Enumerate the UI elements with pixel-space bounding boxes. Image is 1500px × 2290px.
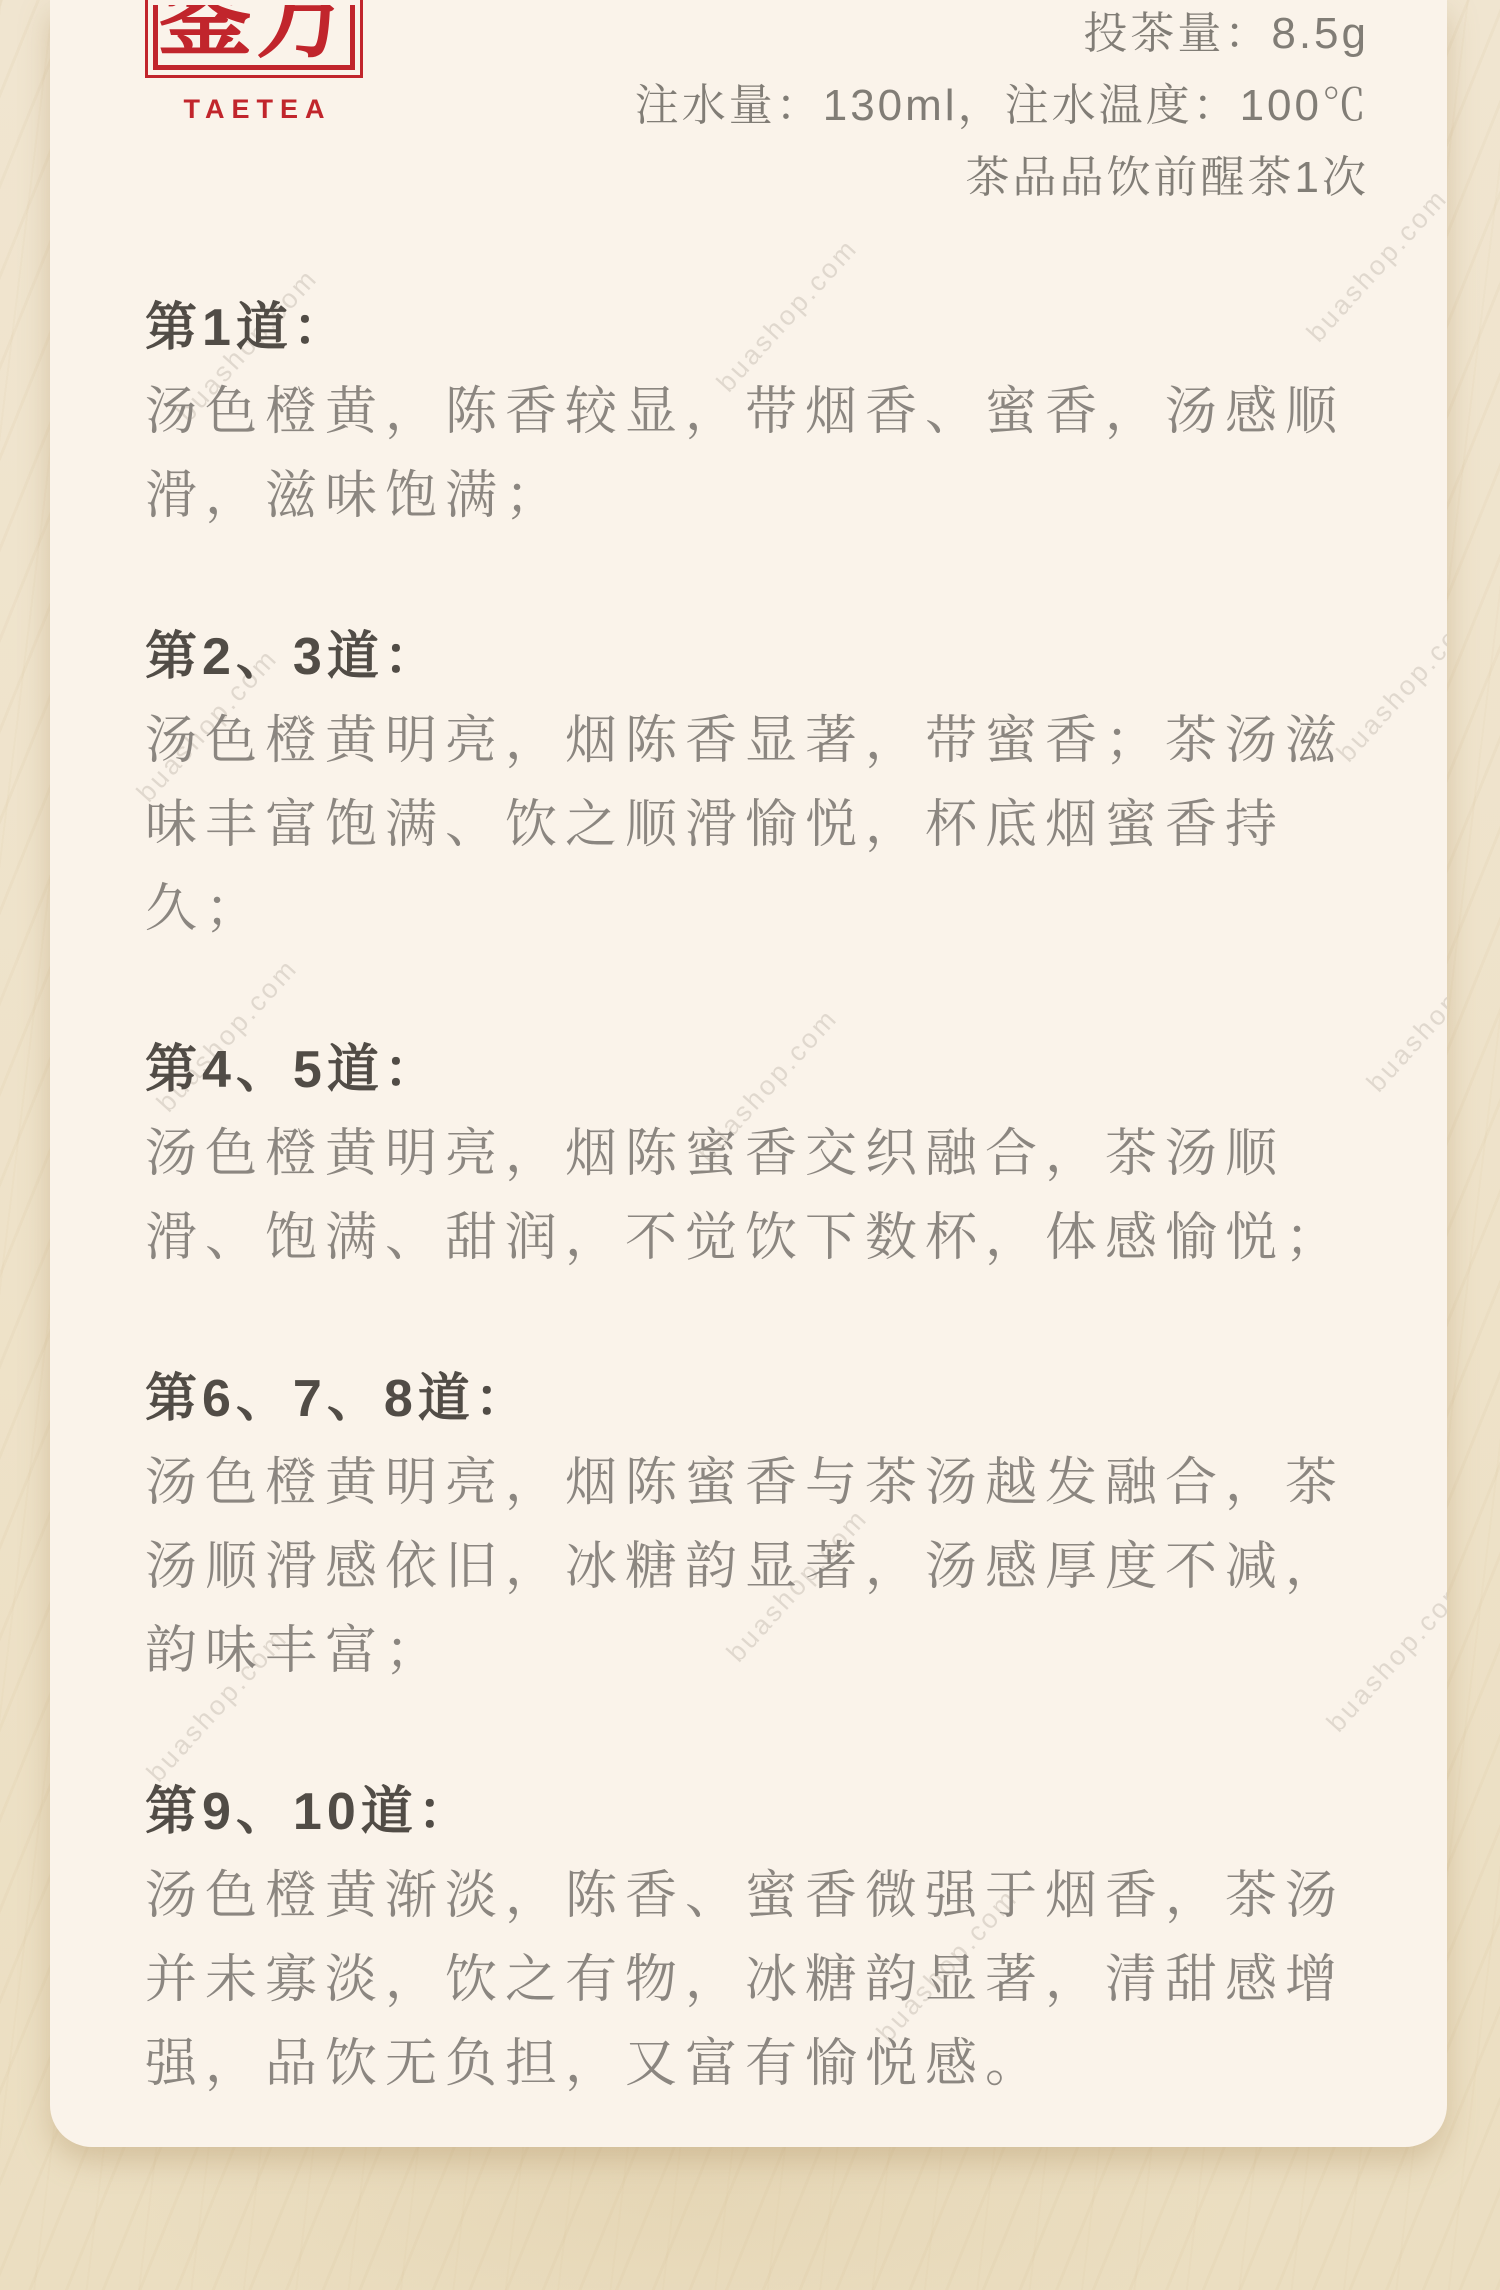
tasting-section-1: 第1道： 汤色橙黄，陈香较显，带烟香、蜜香，汤感顺滑，滋味饱满； [145, 286, 1369, 538]
tasting-section-4-5: 第4、5道： 汤色橙黄明亮，烟陈蜜香交织融合，茶汤顺滑、饱满、甜润，不觉饮下数杯… [145, 1028, 1369, 1280]
section-body: 汤色橙黄渐淡，陈香、蜜香微强于烟香，茶汤并未寡淡，饮之有物，冰糖韵显著，清甜感增… [145, 1854, 1369, 2106]
tasting-notes: 第1道： 汤色橙黄，陈香较显，带烟香、蜜香，汤感顺滑，滋味饱满； 第2、3道： … [145, 286, 1369, 2106]
section-body: 汤色橙黄明亮，烟陈蜜香交织融合，茶汤顺滑、饱满、甜润，不觉饮下数杯，体感愉悦； [145, 1112, 1369, 1280]
brand-logo-subtitle: TAETEA [145, 94, 363, 125]
header-row: 鉴方 TAETEA 投茶量：8.5g 注水量：130ml，注水温度：100℃ 茶… [145, 0, 1369, 214]
section-body: 汤色橙黄，陈香较显，带烟香、蜜香，汤感顺滑，滋味饱满； [145, 370, 1369, 538]
tasting-section-9-10: 第9、10道： 汤色橙黄渐淡，陈香、蜜香微强于烟香，茶汤并未寡淡，饮之有物，冰糖… [145, 1770, 1369, 2106]
section-heading: 第4、5道： [145, 1028, 1369, 1112]
section-body: 汤色橙黄明亮，烟陈香显著，带蜜香；茶汤滋味丰富饱满、饮之顺滑愉悦，杯底烟蜜香持久… [145, 699, 1369, 951]
card-content: 鉴方 TAETEA 投茶量：8.5g 注水量：130ml，注水温度：100℃ 茶… [50, 0, 1447, 2106]
brand-seal-inner-border: 鉴方 [153, 5, 355, 70]
section-heading: 第6、7、8道： [145, 1357, 1369, 1441]
brew-param-rinse: 茶品品饮前醒茶1次 [635, 142, 1369, 214]
tasting-section-2-3: 第2、3道： 汤色橙黄明亮，烟陈香显著，带蜜香；茶汤滋味丰富饱满、饮之顺滑愉悦，… [145, 615, 1369, 951]
section-body: 汤色橙黄明亮，烟陈蜜香与茶汤越发融合，茶汤顺滑感依旧，冰糖韵显著，汤感厚度不减，… [145, 1441, 1369, 1693]
brand-logo-characters: 鉴方 [158, 5, 350, 63]
section-heading: 第9、10道： [145, 1770, 1369, 1854]
brew-param-dose: 投茶量：8.5g [635, 0, 1369, 70]
brew-param-water: 注水量：130ml，注水温度：100℃ [635, 70, 1369, 142]
section-heading: 第1道： [145, 286, 1369, 370]
tasting-section-6-7-8: 第6、7、8道： 汤色橙黄明亮，烟陈蜜香与茶汤越发融合，茶汤顺滑感依旧，冰糖韵显… [145, 1357, 1369, 1693]
brand-seal-border: 鉴方 [145, 0, 363, 78]
brew-parameters: 投茶量：8.5g 注水量：130ml，注水温度：100℃ 茶品品饮前醒茶1次 [635, 0, 1369, 214]
brand-logo: 鉴方 TAETEA [145, 0, 363, 125]
product-detail-card: buashop.com buashop.com buashop.com buas… [50, 0, 1447, 2147]
section-heading: 第2、3道： [145, 615, 1369, 699]
